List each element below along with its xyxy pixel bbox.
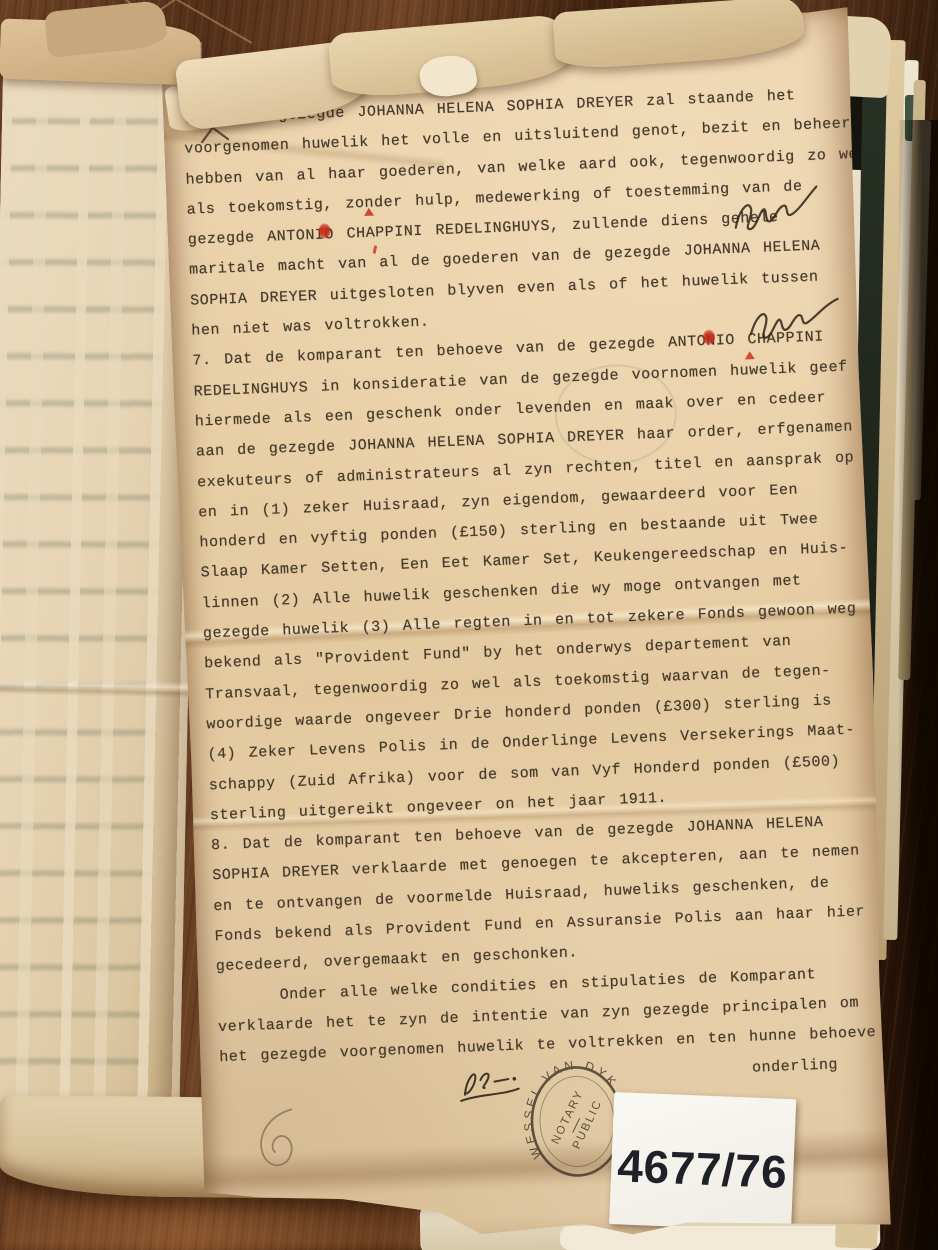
photo-of-document: . Dat de gezegde JOHANNA HELENA SOPHIA D… — [0, 0, 938, 1250]
pencil-mark — [247, 1105, 314, 1187]
document-page: . Dat de gezegde JOHANNA HELENA SOPHIA D… — [160, 3, 894, 1250]
handwritten-initials — [728, 180, 825, 246]
handwritten-initials — [745, 291, 847, 353]
red-correction-mark — [364, 208, 374, 216]
stack-shadow — [898, 120, 938, 1250]
red-correction-mark — [745, 351, 755, 359]
file-number-label: 4677/76 — [609, 1092, 796, 1231]
file-number: 4677/76 — [616, 1124, 788, 1199]
